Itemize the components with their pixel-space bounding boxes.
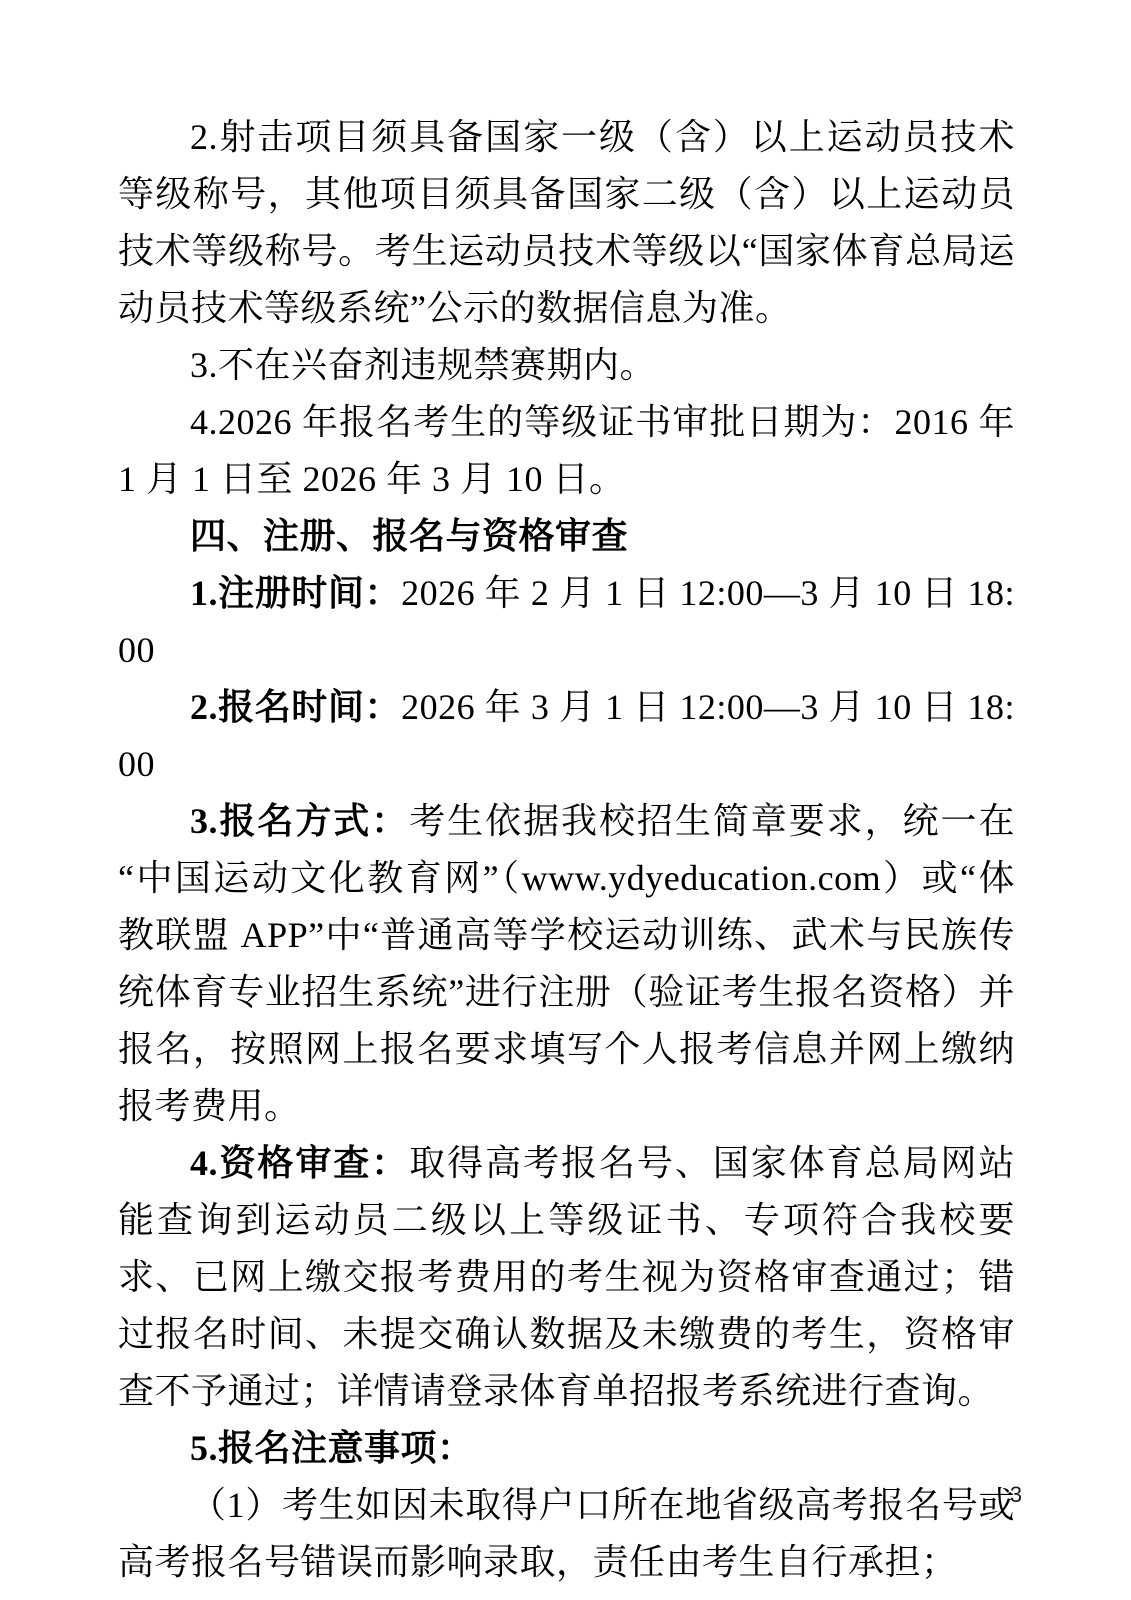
- paragraph-text: 3.不在兴奋剂违规禁赛期内。: [190, 345, 656, 385]
- paragraph-text: 考生依据我校招生简章要求，统一在“中国运动文化教育网”（www.ydyeduca…: [118, 801, 1015, 1126]
- paragraph-bold-prefix: 2.报名时间：: [190, 687, 401, 727]
- section-heading-signup-notes: 5.报名注意事项：: [118, 1420, 1015, 1477]
- paragraph-qualification-review: 4.资格审查：取得高考报名号、国家体育总局网站能查询到运动员二级以上等级证书、专…: [118, 1135, 1015, 1420]
- heading-text: 四、注册、报名与资格审查: [190, 516, 628, 556]
- paragraph-certificate-date: 4.2026 年报名考生的等级证书审批日期为：2016 年 1 月 1 日至 2…: [118, 394, 1015, 508]
- heading-text: 5.报名注意事项：: [190, 1428, 474, 1468]
- document-page: { "page": { "number": "3", "paragraphs":…: [0, 0, 1131, 1600]
- paragraph-text: （1）考生如因未取得户口所在地省级高考报名号或高考报名号错误而影响录取，责任由考…: [118, 1485, 1015, 1582]
- paragraph-signup-time: 2.报名时间：2026 年 3 月 1 日 12:00—3 月 10 日 18:…: [118, 679, 1015, 793]
- document-body: 2.射击项目须具备国家一级（含）以上运动员技术等级称号，其他项目须具备国家二级（…: [118, 109, 1015, 1591]
- section-heading-registration: 四、注册、报名与资格审查: [118, 508, 1015, 565]
- paragraph-signup-method: 3.报名方式：考生依据我校招生简章要求，统一在“中国运动文化教育网”（www.y…: [118, 793, 1015, 1135]
- paragraph-text: 4.2026 年报名考生的等级证书审批日期为：2016 年 1 月 1 日至 2…: [118, 402, 1015, 499]
- page-number: 3: [996, 1480, 1036, 1510]
- paragraph-register-time: 1.注册时间：2026 年 2 月 1 日 12:00—3 月 10 日 18:…: [118, 565, 1015, 679]
- paragraph-text: 2.射击项目须具备国家一级（含）以上运动员技术等级称号，其他项目须具备国家二级（…: [118, 117, 1015, 328]
- paragraph-bold-prefix: 3.报名方式：: [190, 801, 409, 841]
- paragraph-doping-rule: 3.不在兴奋剂违规禁赛期内。: [118, 337, 1015, 394]
- paragraph-bold-prefix: 4.资格审查：: [190, 1143, 409, 1183]
- paragraph-text: 取得高考报名号、国家体育总局网站能查询到运动员二级以上等级证书、专项符合我校要求…: [118, 1143, 1015, 1411]
- paragraph-bold-prefix: 1.注册时间：: [190, 573, 401, 613]
- paragraph-shooting-requirement: 2.射击项目须具备国家一级（含）以上运动员技术等级称号，其他项目须具备国家二级（…: [118, 109, 1015, 337]
- paragraph-note-1: （1）考生如因未取得户口所在地省级高考报名号或高考报名号错误而影响录取，责任由考…: [118, 1477, 1015, 1591]
